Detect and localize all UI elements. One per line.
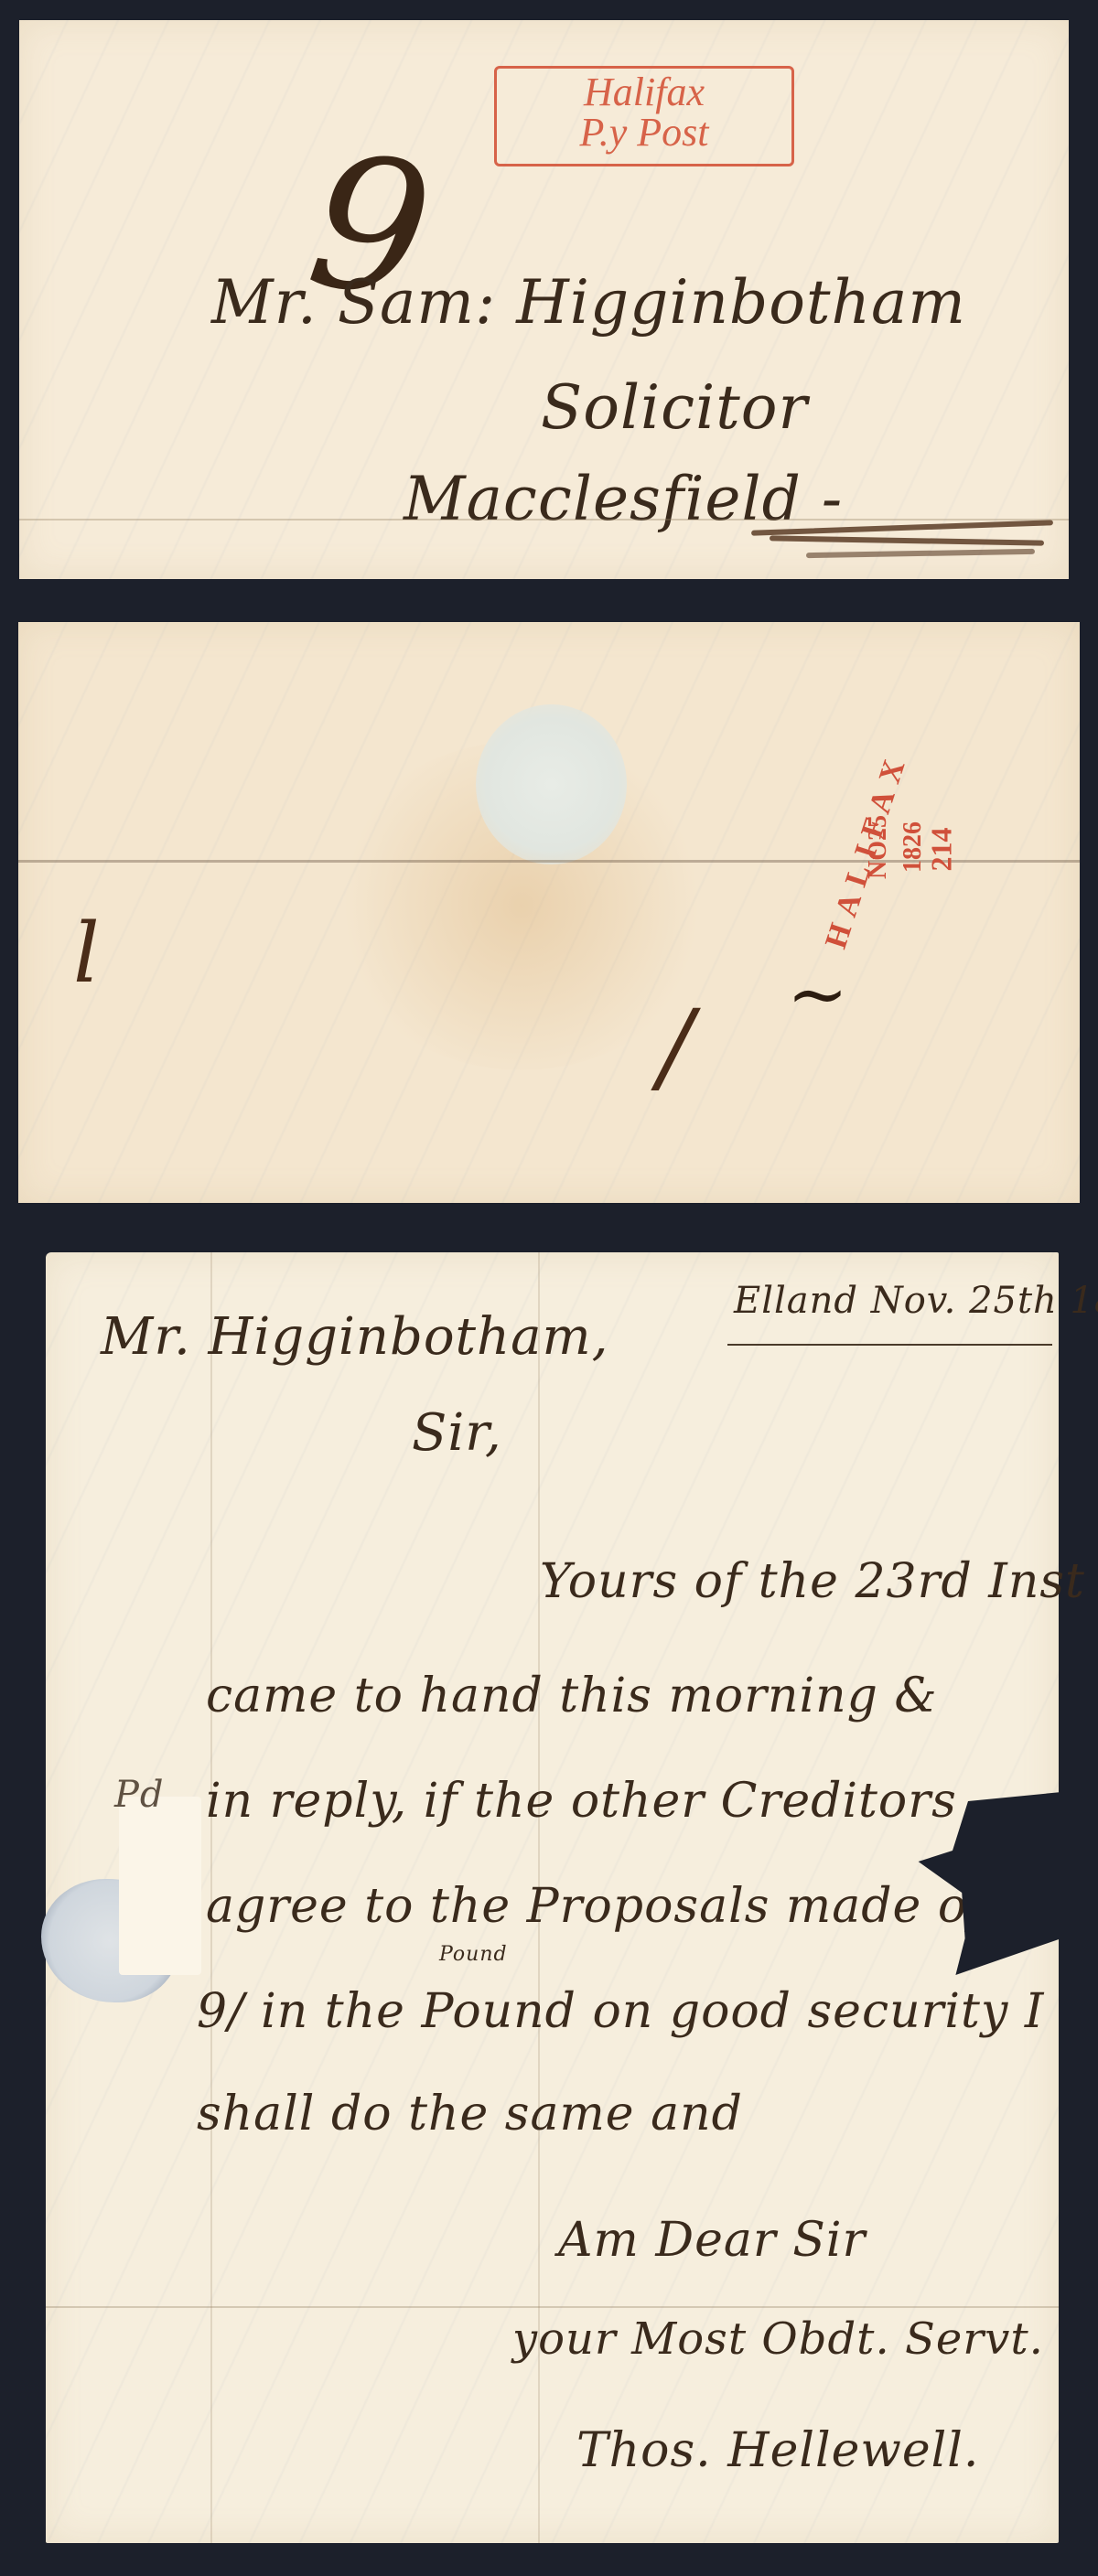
halifax-datestamp: HALIFAX NO25 1826 214 bbox=[801, 759, 1002, 970]
fold-line bbox=[46, 2306, 1059, 2308]
body-line-3: in reply, if the other Creditors bbox=[206, 1774, 957, 1829]
address-line-name: Mr. Sam: Higginbotham bbox=[211, 267, 966, 338]
closing-line-1: Am Dear Sir bbox=[558, 2213, 866, 2268]
address-line-town: Macclesfield - bbox=[404, 464, 843, 534]
body-line-4: agree to the Proposals made of bbox=[206, 1879, 985, 1934]
datestamp-date-1: NO25 bbox=[864, 815, 893, 879]
halifax-py-post-stamp: Halifax P.y Post bbox=[494, 66, 794, 166]
body-line-5: 9/ in the Pound on good security I bbox=[197, 1984, 1044, 2039]
datestamp-date-2: 1826 bbox=[899, 821, 928, 873]
datestamp-number: 214 bbox=[925, 828, 959, 872]
ink-flourish bbox=[806, 549, 1035, 558]
manuscript-mark: ~ bbox=[787, 951, 849, 1036]
body-line-2: came to hand this morning & bbox=[206, 1669, 938, 1723]
letter-panel: Elland Nov. 25th 1826. Mr. Higginbotham,… bbox=[46, 1252, 1059, 2543]
manuscript-mark: l bbox=[73, 906, 101, 1002]
signature: Thos. Hellewell. bbox=[576, 2423, 979, 2478]
margin-fragment: Pd bbox=[114, 1774, 165, 1816]
fold-line bbox=[19, 519, 1069, 521]
cover-front-panel: Halifax P.y Post 9 Mr. Sam: Higginbotham… bbox=[19, 20, 1069, 579]
stamp-line-2: P.y Post bbox=[497, 113, 791, 153]
dateline-underline bbox=[727, 1344, 1052, 1346]
ink-flourish bbox=[770, 535, 1044, 545]
body-line-6: shall do the same and bbox=[197, 2087, 743, 2141]
closing-line-2: your Most Obdt. Servt. bbox=[512, 2313, 1044, 2365]
address-line-title: Solicitor bbox=[541, 372, 808, 443]
insertion-word: Pound bbox=[439, 1943, 508, 1966]
salutation: Sir, bbox=[412, 1403, 502, 1463]
paper-repair-patch bbox=[119, 1797, 201, 1975]
salutation-name: Mr. Higginbotham, bbox=[101, 1307, 608, 1367]
manuscript-mark: / bbox=[659, 988, 694, 1105]
cover-back-panel: HALIFAX NO25 1826 214 l / ~ bbox=[18, 622, 1080, 1203]
wax-seal-icon bbox=[476, 704, 627, 864]
stamp-line-1: Halifax bbox=[497, 72, 791, 113]
body-line-1: Yours of the 23rd Inst bbox=[540, 1554, 1085, 1609]
letter-dateline: Elland Nov. 25th 1826. bbox=[734, 1280, 1098, 1322]
